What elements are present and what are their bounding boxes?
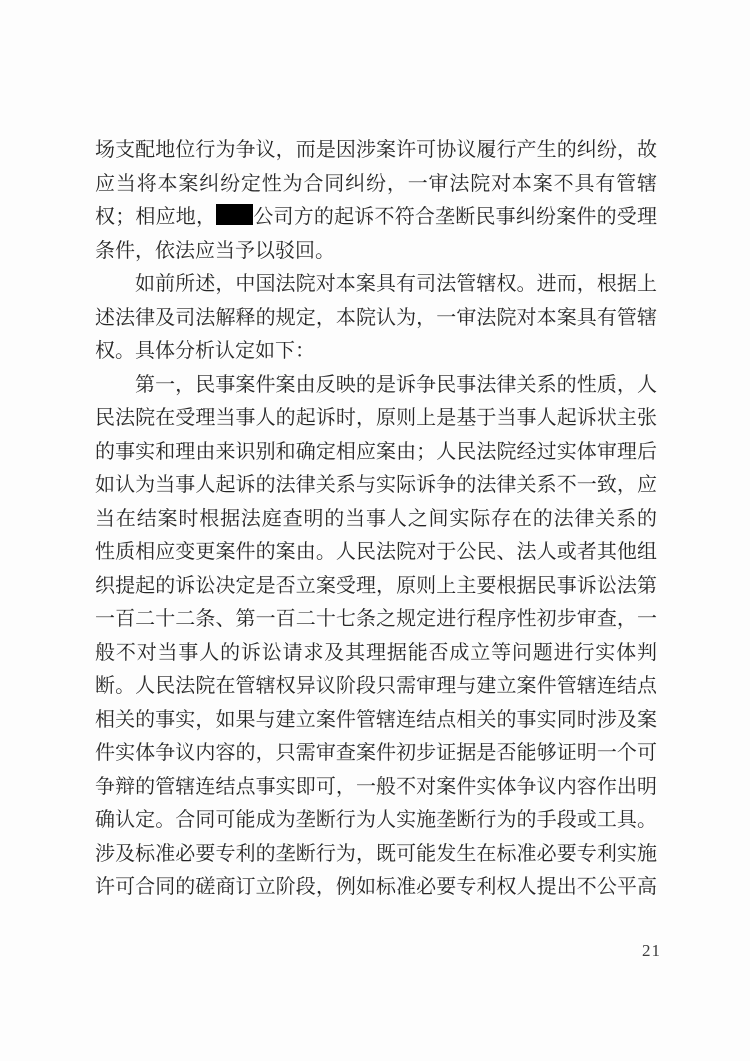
text-line: 场支配地位行为争议，而是因涉案许可协议履行产生的纠纷，故 [95,134,657,168]
text-segment: 断。人民法院在管辖权异议阶段只需审理与建立案件管辖连结点 [95,675,657,697]
text-line: 条件，依法应当予以驳回。 [95,235,657,269]
text-line: 确认定。合同可能成为垄断行为人实施垄断行为的手段或工具。 [95,804,657,838]
text-segment: 如认为当事人起诉的法律关系与实际诉争的法律关系不一致，应 [95,474,657,496]
text-segment: 涉及标准必要专利的垄断行为，既可能发生在标准必要专利实施 [95,843,657,865]
text-line: 第一，民事案件案由反映的是诉争民事法律关系的性质，人 [95,369,657,403]
text-block: 场支配地位行为争议，而是因涉案许可协议履行产生的纠纷，故应当将本案纠纷定性为合同… [95,134,657,905]
document-page: 场支配地位行为争议，而是因涉案许可协议履行产生的纠纷，故应当将本案纠纷定性为合同… [0,0,750,1061]
text-segment: 场支配地位行为争议，而是因涉案许可协议履行产生的纠纷，故 [95,139,657,161]
text-line: 权；相应地，公司方的起诉不符合垄断民事纠纷案件的受理 [95,201,657,235]
text-line: 述法律及司法解释的规定，本院认为，一审法院对本案具有管辖 [95,302,657,336]
page-number: 21 [642,941,661,961]
text-line: 件实体争议内容的，只需审查案件初步证据是否能够证明一个可 [95,737,657,771]
text-line: 如前所述，中国法院对本案具有司法管辖权。进而，根据上 [95,268,657,302]
text-segment: 条件，依法应当予以驳回。 [95,240,335,262]
text-line: 争辩的管辖连结点事实即可，一般不对案件实体争议内容作出明 [95,771,657,805]
text-segment: 确认定。合同可能成为垄断行为人实施垄断行为的手段或工具。 [95,809,657,831]
text-line: 应当将本案纠纷定性为合同纠纷，一审法院对本案不具有管辖 [95,168,657,202]
text-segment: 第一，民事案件案由反映的是诉争民事法律关系的性质，人 [135,374,657,396]
text-segment: 当在结案时根据法庭查明的当事人之间实际存在的法律关系的 [95,508,657,530]
text-segment: 民法院在受理当事人的起诉时，原则上是基于当事人起诉状主张 [95,407,657,429]
text-line: 如认为当事人起诉的法律关系与实际诉争的法律关系不一致，应 [95,469,657,503]
text-segment: 权；相应地， [95,206,216,228]
text-segment: 相关的事实，如果与建立案件管辖连结点相关的事实同时涉及案 [95,709,657,731]
text-line: 性质相应变更案件的案由。人民法院对于公民、法人或者其他组 [95,536,657,570]
text-segment: 述法律及司法解释的规定，本院认为，一审法院对本案具有管辖 [95,307,657,329]
text-line: 涉及标准必要专利的垄断行为，既可能发生在标准必要专利实施 [95,838,657,872]
text-segment: 性质相应变更案件的案由。人民法院对于公民、法人或者其他组 [95,541,657,563]
text-line: 民法院在受理当事人的起诉时，原则上是基于当事人起诉状主张 [95,402,657,436]
text-segment: 公司方的起诉不符合垄断民事纠纷案件的受理 [253,206,657,228]
text-line: 般不对当事人的诉讼请求及其理据能否成立等问题进行实体判 [95,637,657,671]
text-segment: 般不对当事人的诉讼请求及其理据能否成立等问题进行实体判 [95,642,657,664]
text-segment: 件实体争议内容的，只需审查案件初步证据是否能够证明一个可 [95,742,657,764]
text-segment: 一百二十二条、第一百二十七条之规定进行程序性初步审查，一 [95,608,657,630]
text-line: 的事实和理由来识别和确定相应案由；人民法院经过实体审理后 [95,436,657,470]
text-segment: 权。具体分析认定如下： [95,340,315,362]
text-line: 相关的事实，如果与建立案件管辖连结点相关的事实同时涉及案 [95,704,657,738]
text-segment: 织提起的诉讼决定是否立案受理，原则上主要根据民事诉讼法第 [95,575,657,597]
text-segment: 许可合同的磋商订立阶段，例如标准必要专利权人提出不公平高 [95,876,657,898]
text-line: 权。具体分析认定如下： [95,335,657,369]
text-line: 当在结案时根据法庭查明的当事人之间实际存在的法律关系的 [95,503,657,537]
redaction-box [216,204,253,225]
text-segment: 争辩的管辖连结点事实即可，一般不对案件实体争议内容作出明 [95,776,657,798]
text-line: 织提起的诉讼决定是否立案受理，原则上主要根据民事诉讼法第 [95,570,657,604]
text-line: 断。人民法院在管辖权异议阶段只需审理与建立案件管辖连结点 [95,670,657,704]
text-segment: 如前所述，中国法院对本案具有司法管辖权。进而，根据上 [135,273,657,295]
text-line: 许可合同的磋商订立阶段，例如标准必要专利权人提出不公平高 [95,871,657,905]
text-segment: 应当将本案纠纷定性为合同纠纷，一审法院对本案不具有管辖 [95,173,657,195]
text-segment: 的事实和理由来识别和确定相应案由；人民法院经过实体审理后 [95,441,657,463]
text-line: 一百二十二条、第一百二十七条之规定进行程序性初步审查，一 [95,603,657,637]
